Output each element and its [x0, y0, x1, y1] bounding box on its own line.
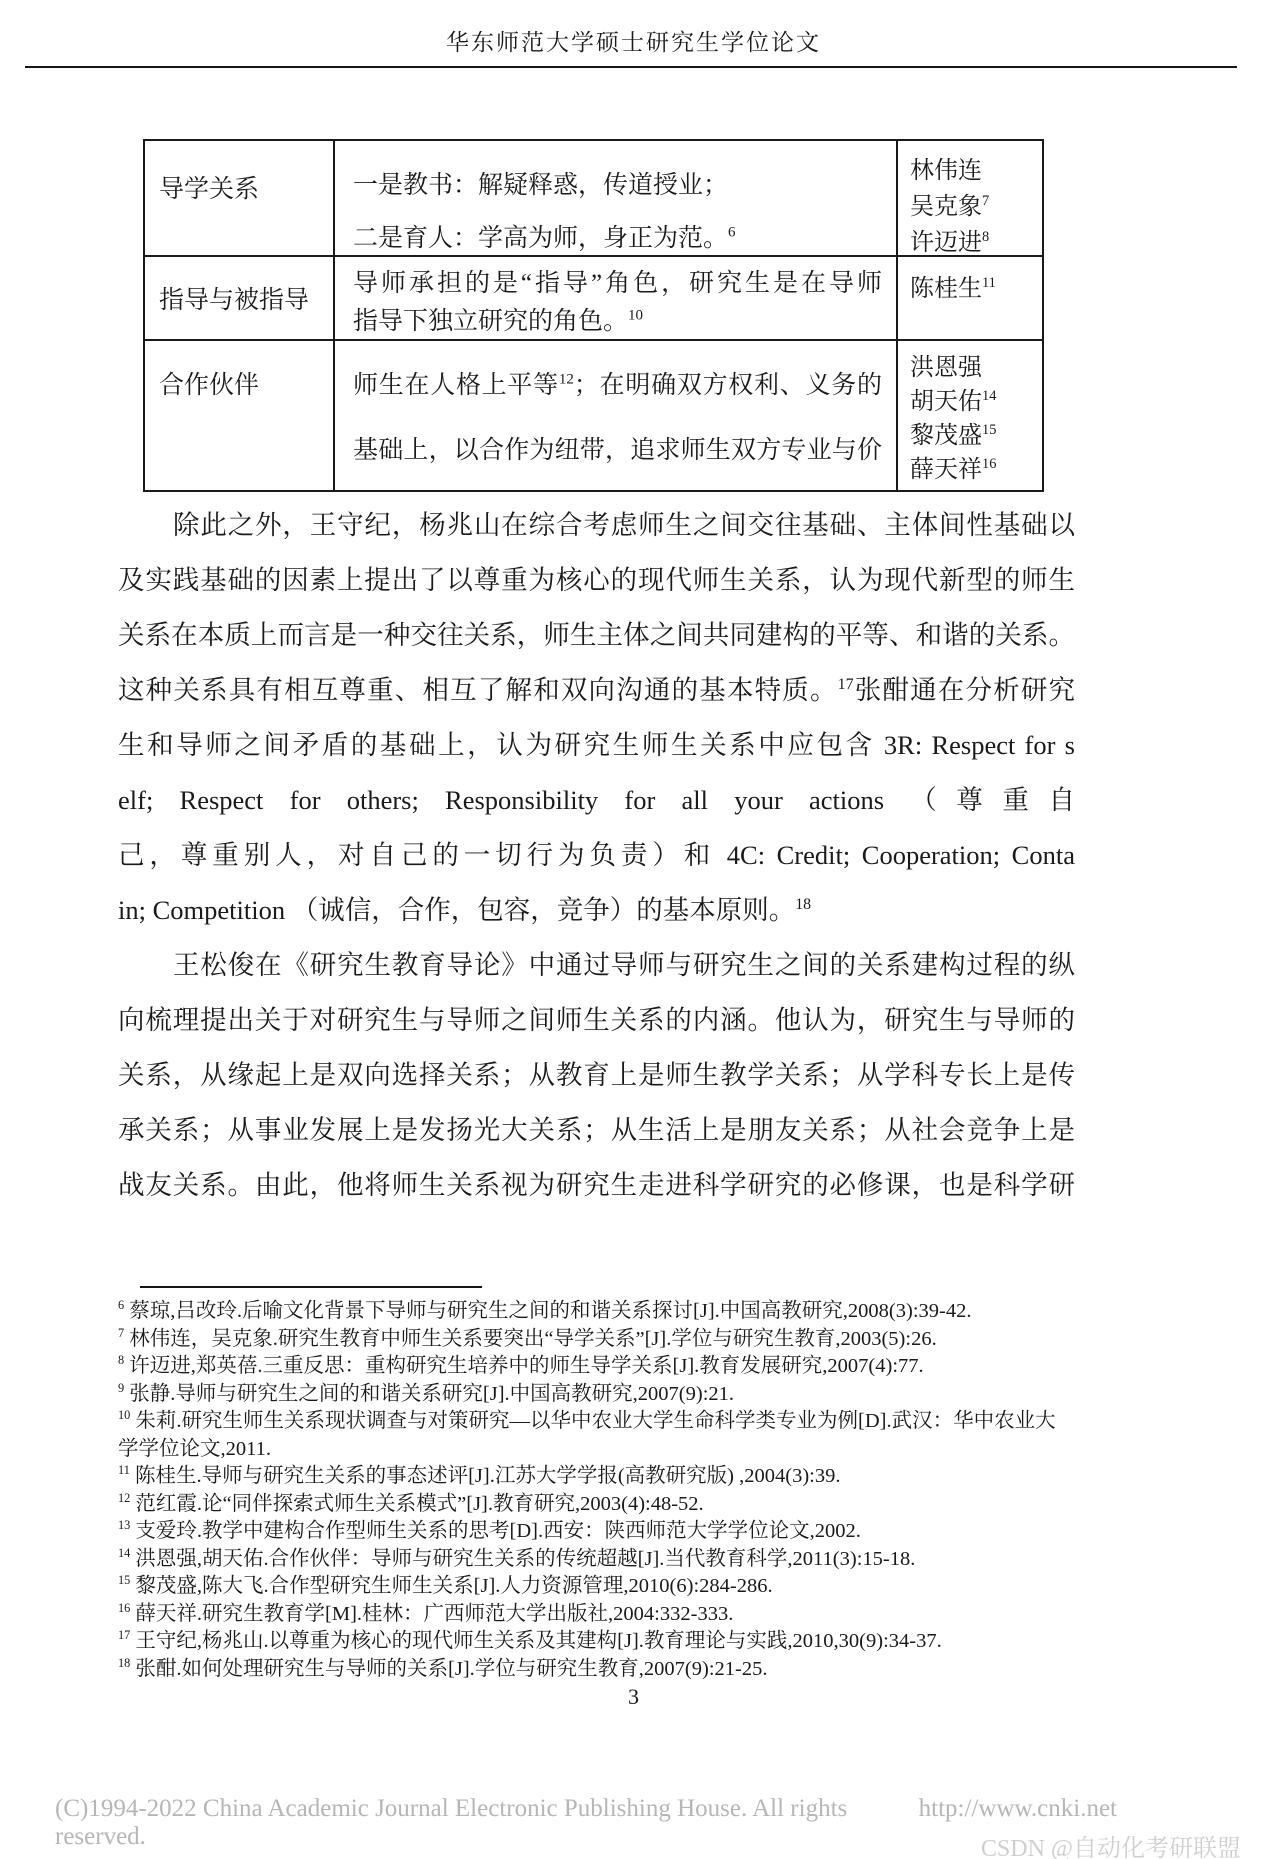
body-text-line: 除此之外，王守纪，杨兆山在综合考虑师生之间交往基础、主体间性基础以	[118, 498, 1075, 553]
table-row-label: 指导与被指导	[145, 257, 335, 339]
thesis-page: 华东师范大学硕士研究生学位论文 导学关系一是教书：解疑释惑，传道授业；二是育人：…	[0, 0, 1267, 1859]
footnote: 17 王守纪,杨兆山.以尊重为核心的现代师生关系及其建构[J].教育理论与实践,…	[118, 1628, 1075, 1656]
body-text-line: 这种关系具有相互尊重、相互了解和双向沟通的基本特质。17张酣通在分析研究	[118, 663, 1075, 718]
author-name: 黎茂盛15	[910, 419, 1042, 453]
footnote-number: 7	[118, 1326, 124, 1340]
footnote: 15 黎茂盛,陈大飞.合作型研究生师生关系[J].人力资源管理,2010(6):…	[118, 1573, 1075, 1601]
table-row: 导学关系一是教书：解疑释惑，传道授业；二是育人：学高为师，身正为范。6林伟连吴克…	[145, 141, 1042, 255]
footnote-number: 18	[118, 1656, 130, 1670]
table-row-authors: 陈桂生11	[898, 257, 1042, 339]
author-name: 薛天祥16	[910, 453, 1042, 487]
body-text-line: 关系，从缘起上是双向选择关系；从教育上是师生教学关系；从学科专长上是传	[118, 1048, 1075, 1103]
author-name: 林伟连	[910, 153, 1042, 189]
body-text-line: 生和导师之间矛盾的基础上，认为研究生师生关系中应包含 3R: Respect f…	[118, 718, 1075, 773]
table-row: 合作伙伴师生在人格上平等12；在明确双方权利、义务的基础上，以合作为纽带，追求师…	[145, 339, 1042, 490]
footnote: 18 张酣.如何处理研究生与导师的关系[J].学位与研究生教育,2007(9):…	[118, 1656, 1075, 1684]
body-text-line: in; Competition （诚信，合作，包容，竞争）的基本原则。18	[118, 883, 1075, 938]
header-divider-line	[25, 66, 1237, 68]
footnote: 11 陈桂生.导师与研究生关系的事态述评[J].江苏大学学报(高教研究版) ,2…	[118, 1463, 1075, 1491]
author-name: 洪恩强	[910, 351, 1042, 385]
body-text-line: 向梳理提出关于对研究生与导师之间师生关系的内涵。他认为，研究生与导师的	[118, 993, 1075, 1048]
footnote-number: 11	[118, 1463, 130, 1477]
table-content-line: 二是育人：学高为师，身正为范。6	[353, 212, 882, 255]
table-row-authors: 洪恩强胡天佑14黎茂盛15薛天祥16	[898, 341, 1042, 490]
footnote: 16 薛天祥.研究生教育学[M].桂林：广西师范大学出版社,2004:332-3…	[118, 1601, 1075, 1629]
footnote: 9 张静.导师与研究生之间的和谐关系研究[J].中国高教研究,2007(9):2…	[118, 1381, 1075, 1409]
csdn-watermark: CSDN @自动化考研联盟	[981, 1828, 1241, 1859]
body-text-line: 关系在本质上而言是一种交往关系，师生主体之间共同建构的平等、和谐的关系。	[118, 608, 1075, 663]
footnote-divider-line	[140, 1286, 482, 1288]
table-row-content: 师生在人格上平等12；在明确双方权利、义务的基础上，以合作为纽带，追求师生双方专…	[335, 341, 898, 490]
table-content-line: 师生在人格上平等12；在明确双方权利、义务的	[353, 353, 882, 418]
author-name: 吴克象7	[910, 189, 1042, 225]
body-text-line: elf; Respect for others; Responsibility …	[118, 773, 1075, 828]
footnote: 7 林伟连，吴克象.研究生教育中师生关系要突出“导学关系”[J].学位与研究生教…	[118, 1326, 1075, 1354]
footnote-number: 8	[118, 1353, 124, 1367]
footnote-number: 14	[118, 1546, 130, 1560]
footnote: 13 支爱玲.教学中建构合作型师生关系的思考[D].西安：陕西师范大学学位论文,…	[118, 1518, 1075, 1546]
table-row-label: 合作伙伴	[145, 341, 335, 490]
page-footer: (C)1994-2022 China Academic Journal Elec…	[55, 1795, 1117, 1851]
body-text-line: 己，尊重别人，对自己的一切行为负责）和 4C: Credit; Cooperat…	[118, 828, 1075, 883]
footnote: 12 范红霞.论“同伴探索式师生关系模式”[J].教育研究,2003(4):48…	[118, 1491, 1075, 1519]
footnote: 10 朱莉.研究生师生关系现状调查与对策研究—以华中农业大学生命科学类专业为例[…	[118, 1408, 1075, 1463]
page-header-title: 华东师范大学硕士研究生学位论文	[0, 24, 1267, 57]
table-content-line: 指导下独立研究的角色。10	[353, 303, 882, 339]
table-row-content: 一是教书：解疑释惑，传道授业；二是育人：学高为师，身正为范。6	[335, 141, 898, 255]
footnote: 8 许迈进,郑英蓓.三重反思：重构研究生培养中的师生导学关系[J].教育发展研究…	[118, 1353, 1075, 1381]
body-text-line: 及实践基础的因素上提出了以尊重为核心的现代师生关系，认为现代新型的师生	[118, 553, 1075, 608]
footnote-number: 17	[118, 1628, 130, 1642]
footnote-number: 13	[118, 1518, 130, 1532]
footnote-number: 12	[118, 1491, 130, 1505]
footnotes-list: 6 蔡琼,吕改玲.后喻文化背景下导师与研究生之间的和谐关系探讨[J].中国高教研…	[118, 1298, 1075, 1683]
author-name: 许迈进8	[910, 225, 1042, 255]
body-text-line: 战友关系。由此，他将师生关系视为研究生走进科学研究的必修课，也是科学研	[118, 1158, 1075, 1213]
table-content-line: 导师承担的是“指导”角色，研究生是在导师	[353, 265, 882, 303]
table-row-label: 导学关系	[145, 141, 335, 255]
page-number: 3	[0, 1684, 1267, 1710]
footnote-number: 15	[118, 1573, 130, 1587]
footnote-number: 16	[118, 1601, 130, 1615]
table-content-line: 一是教书：解疑释惑，传道授业；	[353, 159, 882, 212]
footnote: 6 蔡琼,吕改玲.后喻文化背景下导师与研究生之间的和谐关系探讨[J].中国高教研…	[118, 1298, 1075, 1326]
table-content-line: 基础上，以合作为纽带，追求师生双方专业与价	[353, 418, 882, 483]
teacher-student-relationship-table: 导学关系一是教书：解疑释惑，传道授业；二是育人：学高为师，身正为范。6林伟连吴克…	[143, 139, 1044, 492]
footnote: 14 洪恩强,胡天佑.合作伙伴：导师与研究生关系的传统超越[J].当代教育科学,…	[118, 1546, 1075, 1574]
body-text-line: 王松俊在《研究生教育导论》中通过导师与研究生之间的关系建构过程的纵	[118, 938, 1075, 993]
footnote-number: 6	[118, 1298, 124, 1312]
table-row-content: 导师承担的是“指导”角色，研究生是在导师指导下独立研究的角色。10	[335, 257, 898, 339]
footnote-number: 10	[118, 1408, 130, 1422]
body-text-line: 承关系；从事业发展上是发扬光大关系；从生活上是朋友关系；从社会竞争上是	[118, 1103, 1075, 1158]
table-row: 指导与被指导导师承担的是“指导”角色，研究生是在导师指导下独立研究的角色。10陈…	[145, 255, 1042, 339]
body-text: 除此之外，王守纪，杨兆山在综合考虑师生之间交往基础、主体间性基础以及实践基础的因…	[118, 498, 1075, 1213]
footnote-number: 9	[118, 1381, 124, 1395]
table-content-line: 值共同发展和成长的关系。13	[353, 483, 882, 490]
copyright-text: (C)1994-2022 China Academic Journal Elec…	[55, 1795, 919, 1851]
table-row-authors: 林伟连吴克象7许迈进8张静9	[898, 141, 1042, 255]
author-name: 胡天佑14	[910, 385, 1042, 419]
author-name: 陈桂生11	[910, 271, 1042, 307]
